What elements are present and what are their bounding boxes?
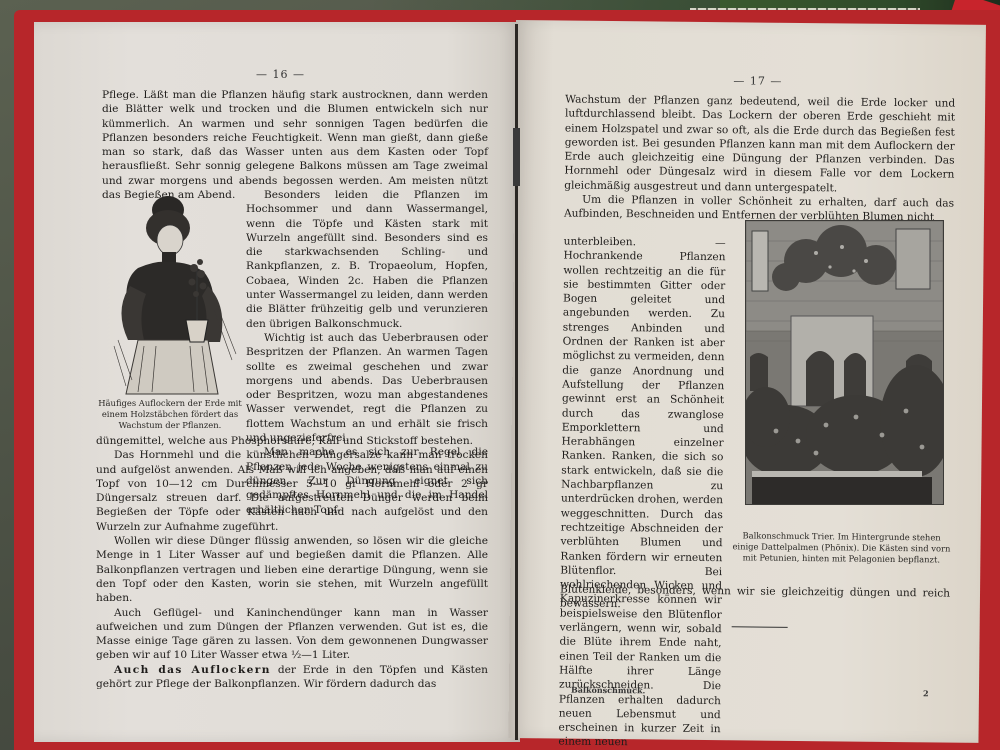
right-text-beside-photo: unterbleiben. — Hochrankende Pflanzen wo… — [558, 235, 725, 750]
paragraph: Besonders leiden die Pflanzen im Hochsom… — [246, 188, 488, 331]
page-number-right: — 17 — — [733, 74, 782, 88]
paragraph: Das Hornmehl und die künstlichen Düngers… — [96, 448, 488, 534]
paragraph: Auch Geflügel- und Kaninchendünger kann … — [96, 606, 488, 663]
paragraph: Wichtig ist auch das Ueberbrausen oder B… — [246, 331, 488, 445]
spaced-emphasis: Auch das Auflockern — [114, 664, 271, 676]
paragraph: Wollen wir diese Dünger flüssig anwenden… — [96, 534, 488, 605]
section-end-rule — [732, 626, 788, 628]
paragraph: Pflege. Läßt man die Pflanzen häufig sta… — [102, 88, 488, 202]
footer-signature: Balkonschmuck. — [571, 685, 645, 696]
right-text-top: Wachstum der Pflanzen ganz bedeutend, we… — [564, 93, 955, 226]
binding-thread — [513, 128, 520, 186]
woman-with-plant-illustration — [104, 190, 240, 396]
page-number-left: — 16 — — [256, 68, 305, 81]
footer-sheet-number: 2 — [923, 688, 929, 698]
paragraph: düngemittel, welche aus Phosphorsäure, K… — [96, 434, 488, 448]
left-text-top: Pflege. Läßt man die Pflanzen häufig sta… — [102, 88, 488, 202]
balcony-photo — [745, 220, 944, 505]
left-page: — 16 — Pflege. Läßt man die Pflanzen häu… — [34, 22, 520, 742]
left-text-bottom: düngemittel, welche aus Phosphorsäure, K… — [96, 434, 488, 691]
paragraph: Auch das Auflockern der Erde in den Töpf… — [96, 663, 488, 692]
paragraph: Blütenkleide, besonders, wenn wir sie gl… — [560, 582, 950, 615]
paragraph: Wachstum der Pflanzen ganz bedeutend, we… — [564, 93, 955, 197]
paragraph: unterbleiben. — Hochrankende Pflanzen wo… — [558, 235, 725, 750]
right-text-bottom: Blütenkleide, besonders, wenn wir sie gl… — [560, 582, 950, 615]
photo-caption: Balkonschmuck Trier. Im Hintergrunde ste… — [732, 530, 950, 565]
illustration-caption: Häufiges Auflockern der Erde mit einem H… — [98, 398, 242, 431]
